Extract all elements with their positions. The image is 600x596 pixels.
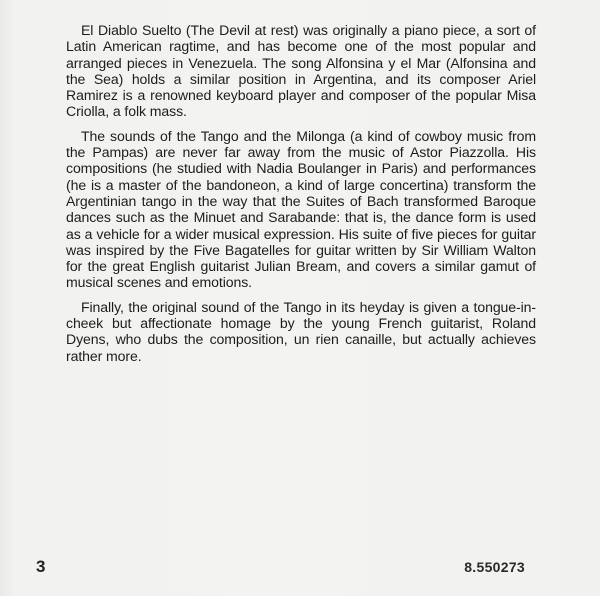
catalog-number: 8.550273 [464,559,525,575]
page-number: 3 [36,557,45,577]
paragraph-piazzolla: The sounds of the Tango and the Milonga … [66,128,536,291]
paragraph-diablo-suelto: El Diablo Suelto (The Devil at rest) was… [66,22,536,120]
booklet-page: El Diablo Suelto (The Devil at rest) was… [0,0,600,596]
paragraph-dyens: Finally, the original sound of the Tango… [66,299,536,364]
text-column: El Diablo Suelto (The Devil at rest) was… [66,22,536,372]
